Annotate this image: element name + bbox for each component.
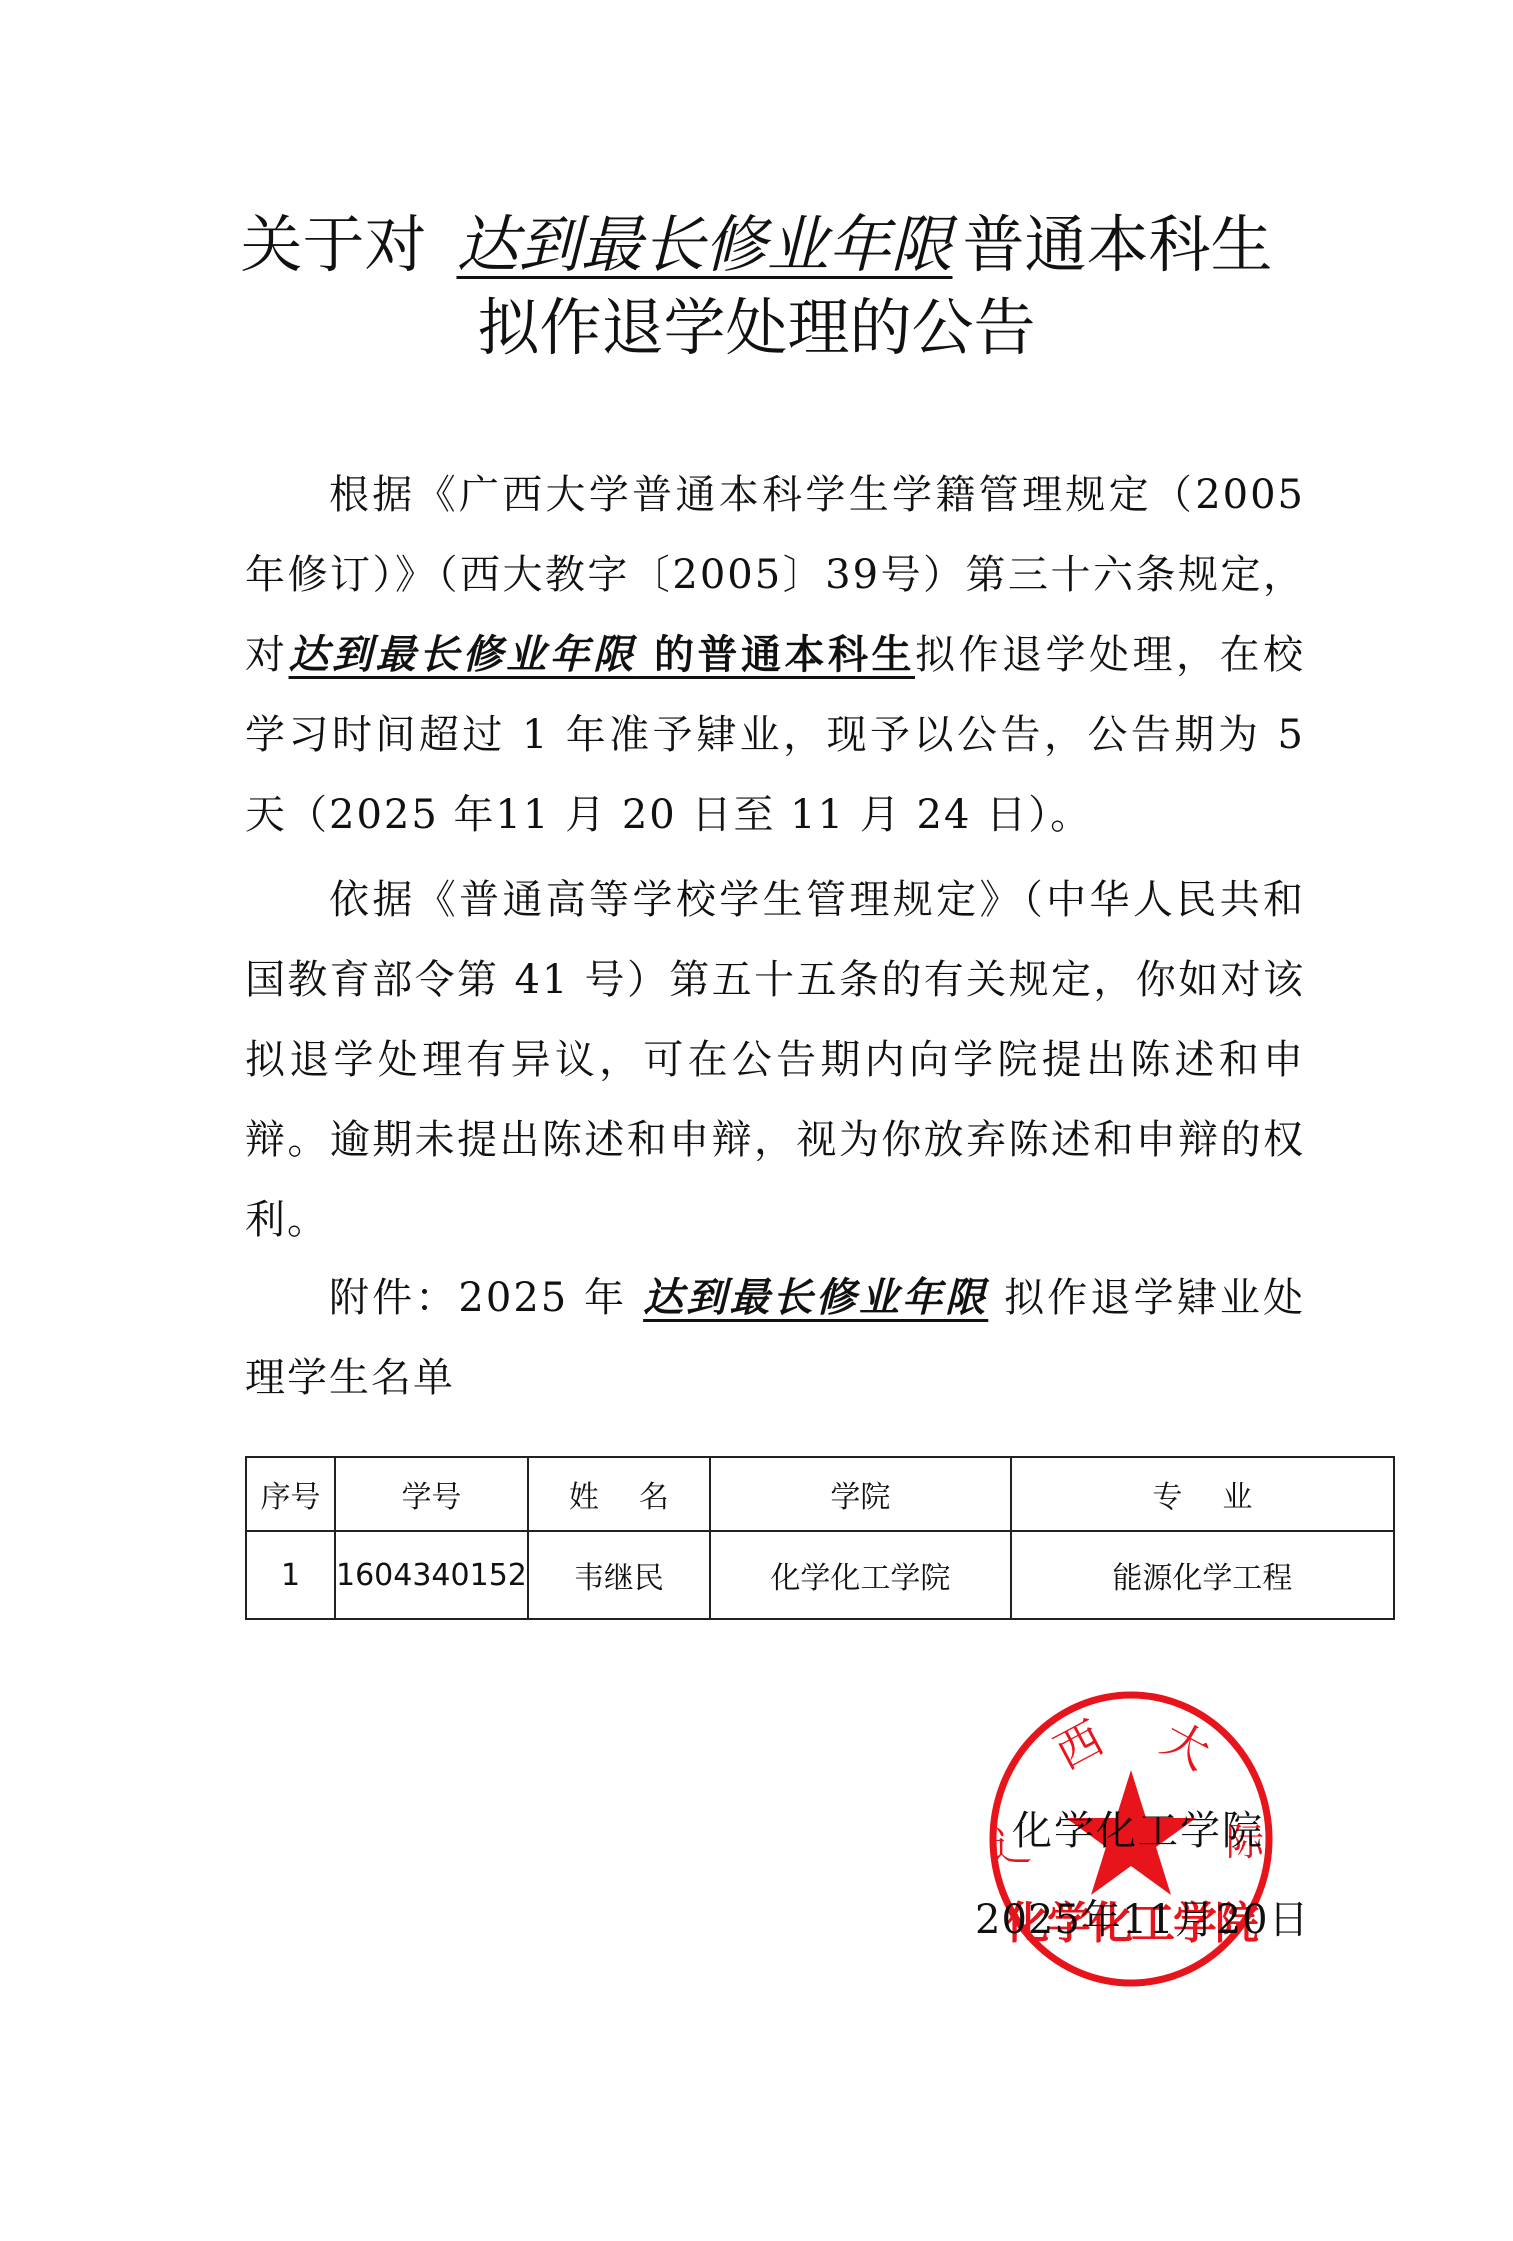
student-list-table: 序号 学号 姓名 学院 专业 1 1604340152 韦继民 化学化工学院 能… xyxy=(245,1456,1395,1620)
attachment-line: 附件：2025 年 达到最长修业年限 拟作退学肄业处理学生名单 xyxy=(245,1258,1305,1418)
header-major: 专业 xyxy=(1011,1457,1394,1531)
cell-college: 化学化工学院 xyxy=(710,1531,1011,1619)
seal-top-char-1: 西 xyxy=(1046,1710,1112,1779)
header-student-id: 学号 xyxy=(335,1457,528,1531)
paragraph-appeal-rights: 依据《普通高等学校学生管理规定》（中华人民共和国教育部令第 41 号）第五十五条… xyxy=(245,860,1305,1260)
signature-organization: 化学化工学院 xyxy=(1012,1806,1264,1856)
title-prefix: 关于对 xyxy=(240,208,426,281)
attachment-emphasis: 达到最长修业年限 xyxy=(643,1274,988,1321)
cell-student-id: 1604340152 xyxy=(335,1531,528,1619)
emphasis-max-study-years: 达到最长修业年限 xyxy=(289,631,637,678)
table-header-row: 序号 学号 姓名 学院 专业 xyxy=(246,1457,1394,1531)
title-suffix: 普通本科生 xyxy=(963,208,1273,281)
table-row: 1 1604340152 韦继民 化学化工学院 能源化学工程 xyxy=(246,1531,1394,1619)
cell-major: 能源化学工程 xyxy=(1011,1531,1394,1619)
paragraph-regulation: 根据《广西大学普通本科学生学籍管理规定（2005年修订）》（西大教字〔2005〕… xyxy=(245,455,1305,855)
header-index: 序号 xyxy=(246,1457,335,1531)
header-name: 姓名 xyxy=(528,1457,710,1531)
cell-index: 1 xyxy=(246,1531,335,1619)
document-title-line2: 拟作退学处理的公告 xyxy=(0,283,1513,373)
title-emphasis: 达到最长修业年限 xyxy=(456,208,962,281)
paragraph-text: 依据《普通高等学校学生管理规定》（中华人民共和国教育部令第 41 号）第五十五条… xyxy=(245,860,1305,1260)
attachment-prefix: 附件：2025 年 xyxy=(329,1275,643,1321)
emphasis-undergraduate: 的普通本科生 xyxy=(637,631,915,678)
cell-name: 韦继民 xyxy=(528,1531,710,1619)
seal-top-char-2: 大 xyxy=(1153,1711,1219,1780)
document-page: 关于对达到最长修业年限普通本科生 拟作退学处理的公告 根据《广西大学普通本科学生… xyxy=(0,0,1513,2241)
header-college: 学院 xyxy=(710,1457,1011,1531)
signature-date: 2025年11月20日 xyxy=(975,1895,1310,1945)
document-title-line1: 关于对达到最长修业年限普通本科生 xyxy=(0,200,1513,290)
